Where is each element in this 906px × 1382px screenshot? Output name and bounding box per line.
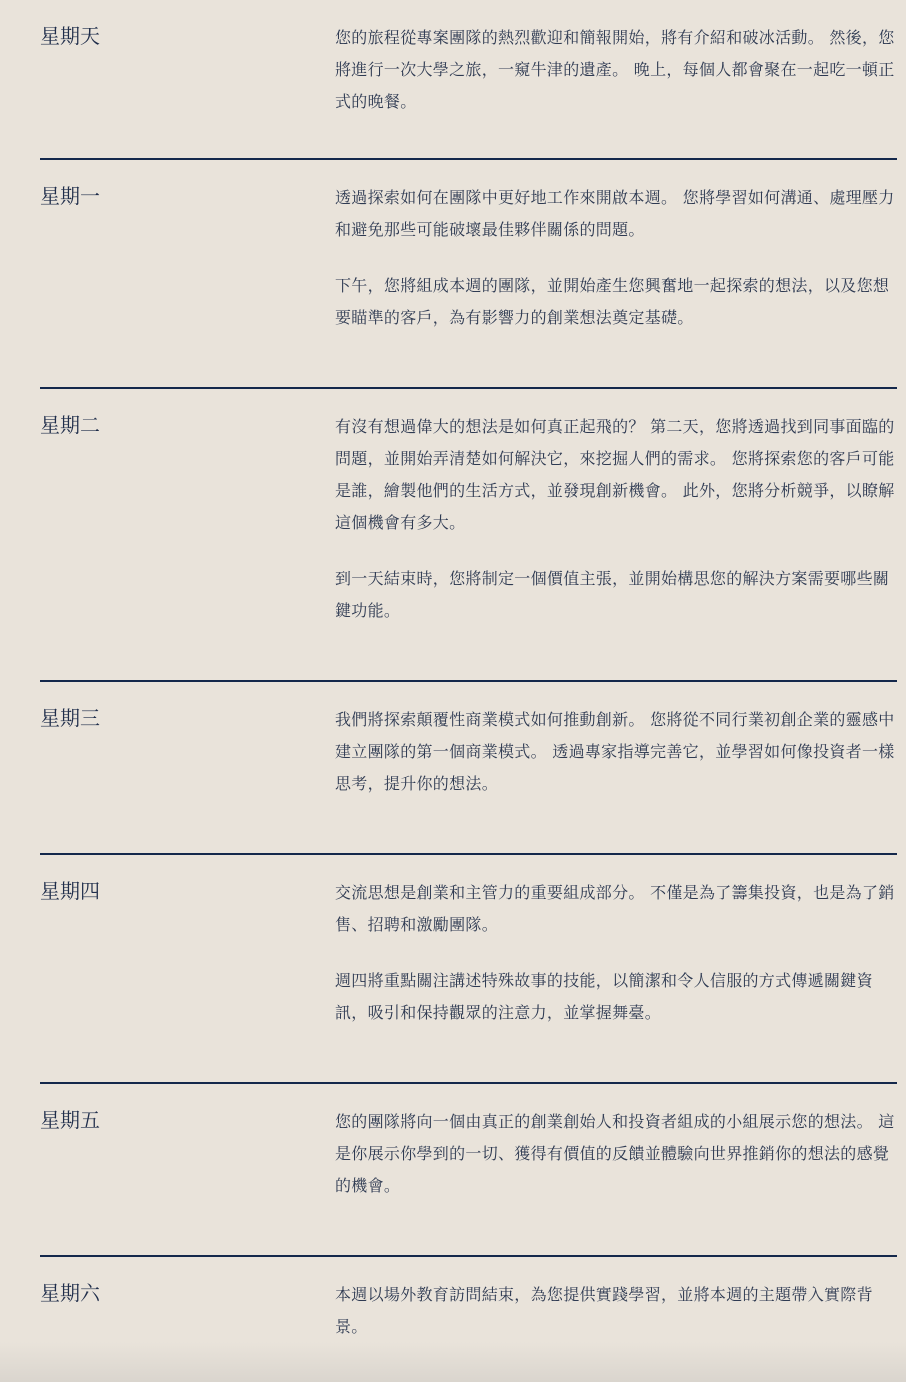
paragraph: 本週以場外教育訪問結束，為您提供實踐學習，並將本週的主題帶入實際背景。: [335, 1279, 897, 1343]
day-description: 本週以場外教育訪問結束，為您提供實踐學習，並將本週的主題帶入實際背景。: [335, 1257, 897, 1367]
day-section-friday: 星期五 您的團隊將向一個由真正的創業創始人和投資者組成的小組展示您的想法。 這是…: [40, 1084, 897, 1257]
paragraph: 週四將重點關注講述特殊故事的技能，以簡潔和令人信服的方式傳遞關鍵資訊，吸引和保持…: [335, 965, 897, 1029]
day-description: 您的旅程從專案團隊的熱烈歡迎和簡報開始，將有介紹和破冰活動。 然後，您將進行一次…: [335, 0, 897, 158]
day-section-monday: 星期一 透過探索如何在團隊中更好地工作來開啟本週。 您將學習如何溝通、處理壓力和…: [40, 160, 897, 389]
day-description: 您的團隊將向一個由真正的創業創始人和投資者組成的小組展示您的想法。 這是你展示你…: [335, 1084, 897, 1255]
day-description: 有沒有想過偉大的想法是如何真正起飛的？ 第二天，您將透過找到同事面臨的問題，並開…: [335, 389, 897, 680]
paragraph: 有沒有想過偉大的想法是如何真正起飛的？ 第二天，您將透過找到同事面臨的問題，並開…: [335, 411, 897, 539]
day-section-thursday: 星期四 交流思想是創業和主管力的重要組成部分。 不僅是為了籌集投資，也是為了銷售…: [40, 855, 897, 1084]
day-title: 星期一: [40, 160, 335, 387]
day-section-wednesday: 星期三 我們將探索顛覆性商業模式如何推動創新。 您將從不同行業初創企業的靈感中建…: [40, 682, 897, 855]
day-title: 星期四: [40, 855, 335, 1082]
paragraph: 交流思想是創業和主管力的重要組成部分。 不僅是為了籌集投資，也是為了銷售、招聘和…: [335, 877, 897, 941]
paragraph: 到一天結束時，您將制定一個價值主張，並開始構思您的解決方案需要哪些關鍵功能。: [335, 563, 897, 627]
weekly-schedule: 星期天 您的旅程從專案團隊的熱烈歡迎和簡報開始，將有介紹和破冰活動。 然後，您將…: [40, 0, 897, 1367]
day-title: 星期五: [40, 1084, 335, 1255]
day-section-saturday: 星期六 本週以場外教育訪問結束，為您提供實踐學習，並將本週的主題帶入實際背景。: [40, 1257, 897, 1367]
paragraph: 您的團隊將向一個由真正的創業創始人和投資者組成的小組展示您的想法。 這是你展示你…: [335, 1106, 897, 1202]
day-title: 星期三: [40, 682, 335, 853]
paragraph: 您的旅程從專案團隊的熱烈歡迎和簡報開始，將有介紹和破冰活動。 然後，您將進行一次…: [335, 22, 897, 118]
day-description: 透過探索如何在團隊中更好地工作來開啟本週。 您將學習如何溝通、處理壓力和避免那些…: [335, 160, 897, 387]
day-title: 星期天: [40, 0, 335, 158]
day-description: 我們將探索顛覆性商業模式如何推動創新。 您將從不同行業初創企業的靈感中建立團隊的…: [335, 682, 897, 853]
paragraph: 透過探索如何在團隊中更好地工作來開啟本週。 您將學習如何溝通、處理壓力和避免那些…: [335, 182, 897, 246]
day-description: 交流思想是創業和主管力的重要組成部分。 不僅是為了籌集投資，也是為了銷售、招聘和…: [335, 855, 897, 1082]
day-title: 星期六: [40, 1257, 335, 1367]
paragraph: 下午，您將組成本週的團隊，並開始產生您興奮地一起探索的想法，以及您想要瞄準的客戶…: [335, 270, 897, 334]
day-section-tuesday: 星期二 有沒有想過偉大的想法是如何真正起飛的？ 第二天，您將透過找到同事面臨的問…: [40, 389, 897, 682]
paragraph: 我們將探索顛覆性商業模式如何推動創新。 您將從不同行業初創企業的靈感中建立團隊的…: [335, 704, 897, 800]
day-title: 星期二: [40, 389, 335, 680]
day-section-sunday: 星期天 您的旅程從專案團隊的熱烈歡迎和簡報開始，將有介紹和破冰活動。 然後，您將…: [40, 0, 897, 160]
